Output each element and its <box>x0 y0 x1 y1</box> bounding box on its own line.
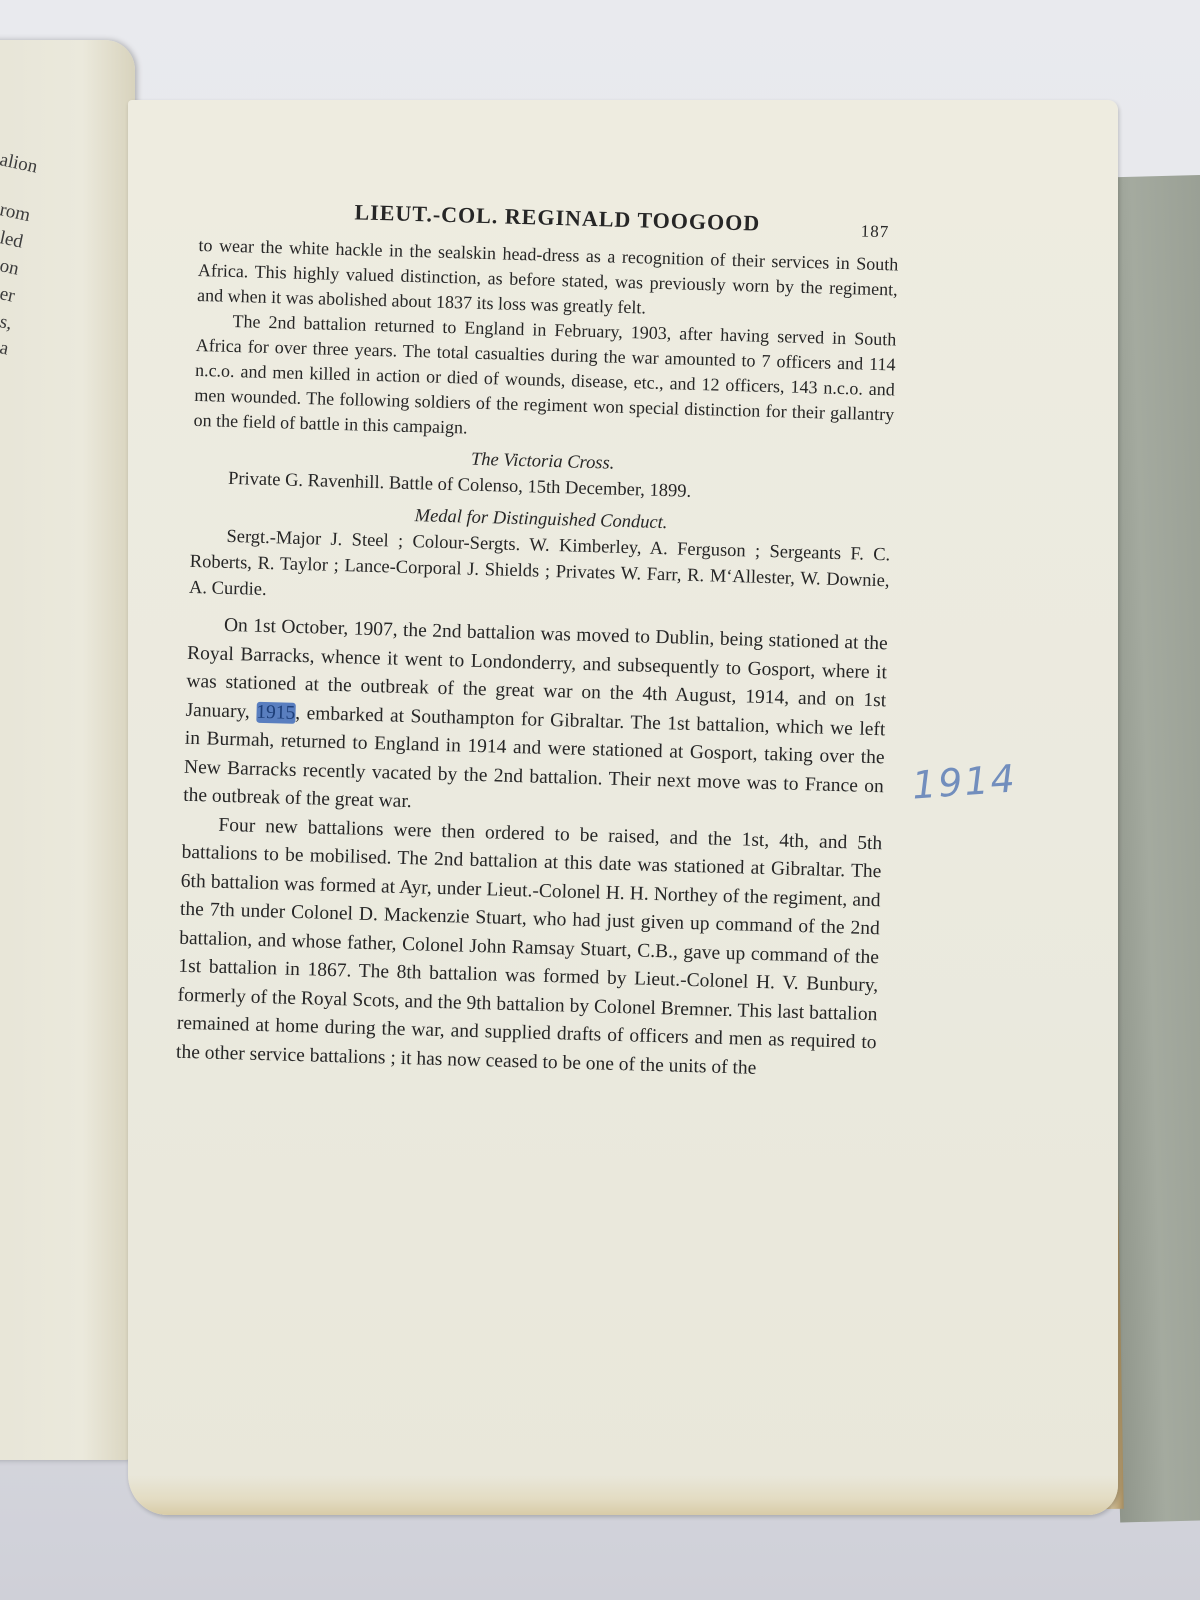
paragraph: Four new battalions were then ordered to… <box>176 810 883 1086</box>
page-text: LIEUT.-COL. REGINALD TOOGOOD 187 to wear… <box>176 195 900 1086</box>
paragraph: On 1st October, 1907, the 2nd battalion … <box>183 611 888 830</box>
left-page-fragment: led <box>0 228 25 251</box>
left-page-fragment: on <box>0 256 21 279</box>
left-page-fragment: er <box>0 284 16 306</box>
paragraph: The 2nd battalion returned to England in… <box>193 308 896 452</box>
left-page-fragment: a <box>0 338 10 358</box>
left-page-fragment: s, <box>0 312 14 333</box>
left-page-fragment: alion <box>0 150 39 176</box>
ink-marked-year: 1915 <box>256 701 296 723</box>
handwritten-annotation: 1914 <box>911 756 1019 807</box>
left-page-fragment: rom <box>0 200 32 225</box>
page-number: 187 <box>860 221 889 242</box>
facing-left-page: alion rom led on er s, a <box>0 40 135 1460</box>
